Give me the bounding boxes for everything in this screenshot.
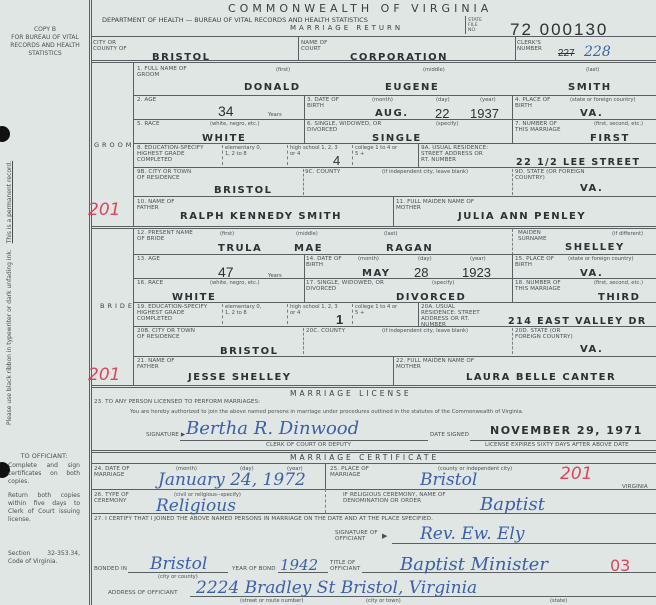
groom-name-label: 1. FULL NAME OF GROOM xyxy=(137,66,197,78)
ink-note: Please use black ribbon in typewriter or… xyxy=(6,249,13,425)
bride-residence-label: 20a. USUAL RESIDENCE: STREET ADDRESS OR … xyxy=(421,304,491,328)
signature-line xyxy=(180,440,428,441)
first-hint: (first) xyxy=(276,67,290,73)
year-hint: (year) xyxy=(470,256,486,262)
divider xyxy=(133,278,656,279)
maiden-hint: (if different) xyxy=(612,231,643,237)
copy-note-text: FOR BUREAU OF VITAL RECORDS AND HEALTH S… xyxy=(0,34,90,58)
first-hint: (first) xyxy=(220,231,234,237)
groom-dob-month: AUG. xyxy=(375,108,409,119)
clerk-number-label: CLERK'S NUMBER xyxy=(517,40,547,52)
department-line: DEPARTMENT OF HEALTH — BUREAU OF VITAL R… xyxy=(102,16,368,24)
edu-elem-label: elementary 0, 1, 2 to 8 xyxy=(225,145,265,157)
state-hint: (state) xyxy=(550,598,567,604)
divider xyxy=(393,356,394,386)
bride-section-label: BRIDE xyxy=(100,302,135,310)
state-file-label: STATE FILE NO. xyxy=(468,18,486,33)
divider xyxy=(515,36,516,60)
bride-dob-label: 14. DATE OF BIRTH xyxy=(306,256,346,268)
divider xyxy=(133,356,656,357)
divider xyxy=(133,254,656,255)
bride-mother: LAURA BELLE CANTER xyxy=(466,372,616,383)
divider xyxy=(91,513,656,514)
officiant-note-2: Return both copies within five days to C… xyxy=(8,492,80,524)
groom-marital-label: 6. SINGLE, WIDOWED, OR DIVORCED xyxy=(307,121,407,133)
divider xyxy=(325,489,326,513)
punch-hole xyxy=(0,126,10,142)
divider xyxy=(512,254,513,278)
officiant-signature: Rev. Ew. Ely xyxy=(420,524,524,544)
marriage-date: January 24, 1972 xyxy=(158,470,306,490)
officiant-title: Baptist Minister xyxy=(400,554,548,575)
groom-state: VA. xyxy=(580,183,603,194)
bride-marriage-num-label: 18. NUMBER OF THIS MARRIAGE xyxy=(515,280,565,292)
license-authorization: You are hereby authorized to join the ab… xyxy=(130,409,523,415)
groom-race-label: 5. RACE xyxy=(137,121,160,127)
certify-text: 27. I CERTIFY THAT I JOINED THE ABOVE NA… xyxy=(94,516,433,522)
street-hint: (street or route number) xyxy=(240,598,303,604)
bride-pob-label: 15. PLACE OF BIRTH xyxy=(515,256,555,268)
groom-last-name: SMITH xyxy=(568,82,612,93)
bride-edu-hs: 1 xyxy=(336,312,343,327)
marriage-date-label: 24. DATE OF MARRIAGE xyxy=(94,466,134,478)
divider xyxy=(465,16,466,34)
groom-state-label: 9d. STATE (OR FOREIGN COUNTRY) xyxy=(515,169,585,181)
city-hint: (city or town) xyxy=(366,598,401,604)
license-to-label: 23. TO ANY PERSON LICENSED TO PERFORM MA… xyxy=(94,399,260,405)
divider xyxy=(304,254,305,278)
officiant-sig-label-text: SIGNATURE OF OFFICIANT xyxy=(335,530,378,542)
race-hint: (white, negro, etc.) xyxy=(210,280,260,286)
bride-race-label: 16. RACE xyxy=(137,280,163,286)
groom-marriage-num-label: 7. NUMBER OF THIS MARRIAGE xyxy=(515,121,565,133)
county-hint: (if independent city, leave blank) xyxy=(382,328,468,334)
divider xyxy=(418,143,419,167)
permanent-record-note: This is a permanent record. xyxy=(6,161,13,243)
groom-mother-label: 11. FULL MAIDEN NAME OF MOTHER xyxy=(396,199,476,211)
divider xyxy=(91,385,656,388)
month-hint: (month) xyxy=(372,97,393,103)
specify-hint: (specify) xyxy=(436,121,458,127)
marriage-place-label: 25. PLACE OF MARRIAGE xyxy=(330,466,370,478)
marriage-num-hint: (first, second, etc.) xyxy=(594,280,643,286)
divider xyxy=(91,226,656,229)
bride-name-label: 12. PRESENT NAME OF BRIDE xyxy=(137,230,197,242)
bride-state-label: 20d. STATE (OR FOREIGN COUNTRY) xyxy=(515,328,585,340)
arrow-right-icon: ▶ xyxy=(181,432,185,438)
officiant-signature-label: SIGNATURE OF OFFICIANT xyxy=(335,530,385,542)
last-hint: (last) xyxy=(384,231,397,237)
bride-state: VA. xyxy=(580,344,603,355)
divider xyxy=(304,119,305,143)
groom-dob-label: 3. DATE OF BIRTH xyxy=(307,97,347,109)
divider xyxy=(133,326,656,327)
officiant-address: 2224 Bradley St Bristol, Virginia xyxy=(196,578,477,598)
denomination-label: IF RELIGIOUS CEREMONY, NAME OF DENOMINAT… xyxy=(343,492,453,504)
signature-label-text: SIGNATURE xyxy=(146,432,179,438)
bride-edu-label: 19. EDUCATION-SPECIFY HIGHEST GRADE COMP… xyxy=(137,304,217,322)
divider xyxy=(512,119,513,143)
groom-age-label: 2. AGE xyxy=(137,97,156,103)
officiant-title-code: 03 xyxy=(610,556,630,575)
specify-hint: (specify) xyxy=(432,280,454,286)
clerk-number-handwritten: 228 xyxy=(584,44,611,60)
vertical-ink-note: Please use black ribbon in typewriter or… xyxy=(6,161,13,425)
divider xyxy=(325,463,326,489)
pob-hint: (state or foreign country) xyxy=(568,256,634,262)
divider xyxy=(287,304,288,324)
edu-college-label: college 1 to 4 or 5 + xyxy=(355,304,401,316)
groom-pob-label: 4. PLACE OF BIRTH xyxy=(515,97,555,109)
divider xyxy=(91,60,656,63)
divider xyxy=(512,328,513,354)
groom-residence-label: 9a. USUAL RESIDENCE: STREET ADDRESS OR R… xyxy=(421,145,489,163)
groom-pob: VA. xyxy=(580,108,603,119)
divider xyxy=(287,145,288,165)
bride-code: 201 xyxy=(88,365,120,385)
form-left-border-inner xyxy=(91,0,92,605)
address-label: ADDRESS OF OFFICIANT xyxy=(108,590,178,596)
denomination: Baptist xyxy=(480,494,545,515)
year-hint: (year) xyxy=(480,97,496,103)
groom-edu-hs: 4 xyxy=(333,153,340,168)
month-hint: (month) xyxy=(358,256,379,262)
divider xyxy=(512,169,513,195)
marriage-place-code: 201 xyxy=(560,464,592,484)
divider xyxy=(352,304,353,324)
state-file-number: 72 000130 xyxy=(510,20,608,40)
divider xyxy=(133,63,134,226)
marriage-num-hint: (first, second, etc.) xyxy=(594,121,643,127)
divider xyxy=(303,328,304,354)
divider xyxy=(304,278,305,302)
commonwealth-title: COMMONWEALTH OF VIRGINIA xyxy=(228,2,492,15)
groom-section-label: GROOM xyxy=(94,141,134,149)
edu-elem-label: elementary 0, 1, 2 to 8 xyxy=(225,304,265,316)
bonded-label: BONDED IN xyxy=(94,566,127,572)
bond-year: 1942 xyxy=(280,556,318,574)
copy-b-text: COPY B xyxy=(0,26,90,34)
groom-mother: JULIA ANN PENLEY xyxy=(458,211,586,222)
license-expiry-note: LICENSE EXPIRES SIXTY DAYS AFTER ABOVE D… xyxy=(485,442,629,448)
bride-age-label: 13. AGE xyxy=(137,256,160,262)
bride-mother-label: 22. FULL MAIDEN NAME OF MOTHER xyxy=(396,358,476,370)
divider xyxy=(133,302,656,303)
groom-city: BRISTOL xyxy=(214,185,272,196)
divider xyxy=(512,278,513,302)
clerk-signature: Bertha R. Dinwood xyxy=(186,418,359,439)
divider xyxy=(222,304,223,324)
divider xyxy=(303,169,304,195)
date-line xyxy=(470,440,656,441)
divider xyxy=(512,229,513,255)
bonded-hint: (city or county) xyxy=(158,574,198,580)
groom-father-label: 10. NAME OF FATHER xyxy=(137,199,177,211)
divider xyxy=(418,302,419,326)
city-label: CITY OR COUNTY OF xyxy=(93,40,133,52)
day-hint: (day) xyxy=(418,256,432,262)
divider xyxy=(91,36,656,37)
divider xyxy=(133,167,656,168)
groom-first-name: DONALD xyxy=(244,82,301,93)
divider xyxy=(352,145,353,165)
certificate-heading: MARRIAGE CERTIFICATE xyxy=(290,453,439,462)
license-heading: MARRIAGE LICENSE xyxy=(290,389,412,398)
groom-middle-name: EUGENE xyxy=(385,82,439,93)
groom-county-label: 9c. COUNTY xyxy=(305,169,340,175)
bonded-in: Bristol xyxy=(150,554,207,574)
groom-age: 34 xyxy=(218,103,234,119)
divider xyxy=(133,95,656,96)
middle-hint: (middle) xyxy=(423,67,445,73)
divider xyxy=(133,196,656,197)
bride-father-label: 21. NAME OF FATHER xyxy=(137,358,177,370)
signature-label: SIGNATURE ▶ xyxy=(146,432,185,438)
last-hint: (last) xyxy=(586,67,599,73)
bride-city-label: 20b. CITY OR TOWN OF RESIDENCE xyxy=(137,328,197,340)
bond-year-label: YEAR OF BOND xyxy=(232,566,276,572)
bride-middle-name: MAE xyxy=(294,243,323,254)
edu-hs-label: high school 1, 2, 3 or 4 xyxy=(290,145,338,157)
bride-maiden: SHELLEY xyxy=(565,242,625,253)
divider xyxy=(512,95,513,119)
county-hint: (if independent city, leave blank) xyxy=(382,169,468,175)
groom-code: 201 xyxy=(88,200,120,220)
court-label: NAME OF COURT xyxy=(301,40,331,52)
officiant-instructions: TO OFFICIANT: Complete and sign certific… xyxy=(8,452,80,566)
groom-father: RALPH KENNEDY SMITH xyxy=(180,211,342,222)
bride-marital-label: 17. SINGLE, WIDOWED, OR DIVORCED xyxy=(306,280,406,292)
bride-first-name: TRULA xyxy=(218,243,262,254)
divider xyxy=(133,229,134,386)
bride-last-name: RAGAN xyxy=(386,243,433,254)
divider xyxy=(133,119,656,120)
groom-edu-label: 8. EDUCATION-SPECIFY HIGHEST GRADE COMPL… xyxy=(137,145,217,163)
divider xyxy=(133,143,656,144)
day-hint: (day) xyxy=(436,97,450,103)
ceremony-label: 26. TYPE OF CEREMONY xyxy=(94,492,134,504)
title-label: TITLE OF OFFICIANT xyxy=(330,560,364,572)
divider xyxy=(222,145,223,165)
race-hint: (white, negro, etc.) xyxy=(210,121,260,127)
officiant-heading: TO OFFICIANT: xyxy=(8,452,80,460)
clerk-number-struck: 227 xyxy=(558,48,575,59)
edu-hs-label: high school 1, 2, 3 or 4 xyxy=(290,304,338,316)
middle-hint: (middle) xyxy=(296,231,318,237)
form-title: MARRIAGE RETURN xyxy=(290,24,403,32)
divider xyxy=(91,489,656,490)
divider xyxy=(304,95,305,119)
copy-label: COPY B FOR BUREAU OF VITAL RECORDS AND H… xyxy=(0,26,90,58)
bride-father: JESSE SHELLEY xyxy=(188,372,292,383)
pob-hint: (state or foreign country) xyxy=(570,97,636,103)
divider xyxy=(298,36,299,60)
years-label: Years xyxy=(268,112,282,118)
edu-college-label: college 1 to 4 or 5 + xyxy=(355,145,401,157)
maiden-label: MAIDEN SURNAME xyxy=(518,230,558,242)
arrow-right-icon: ▶ xyxy=(382,532,387,540)
date-signed: NOVEMBER 29, 1971 xyxy=(490,424,643,437)
marriage-place: Bristol xyxy=(420,470,477,490)
officiant-note-1: Complete and sign certificates on both c… xyxy=(8,462,80,486)
date-signed-label: DATE SIGNED xyxy=(430,432,469,438)
form-left-border xyxy=(89,0,90,605)
section-note: Section 32-353.34, Code of Virginia. xyxy=(8,550,80,566)
divider xyxy=(393,196,394,226)
bride-county-label: 20c. COUNTY xyxy=(306,328,345,334)
groom-city-label: 9b. CITY OR TOWN OF RESIDENCE xyxy=(137,169,197,181)
clerk-caption: CLERK OF COURT OR DEPUTY xyxy=(266,442,351,448)
